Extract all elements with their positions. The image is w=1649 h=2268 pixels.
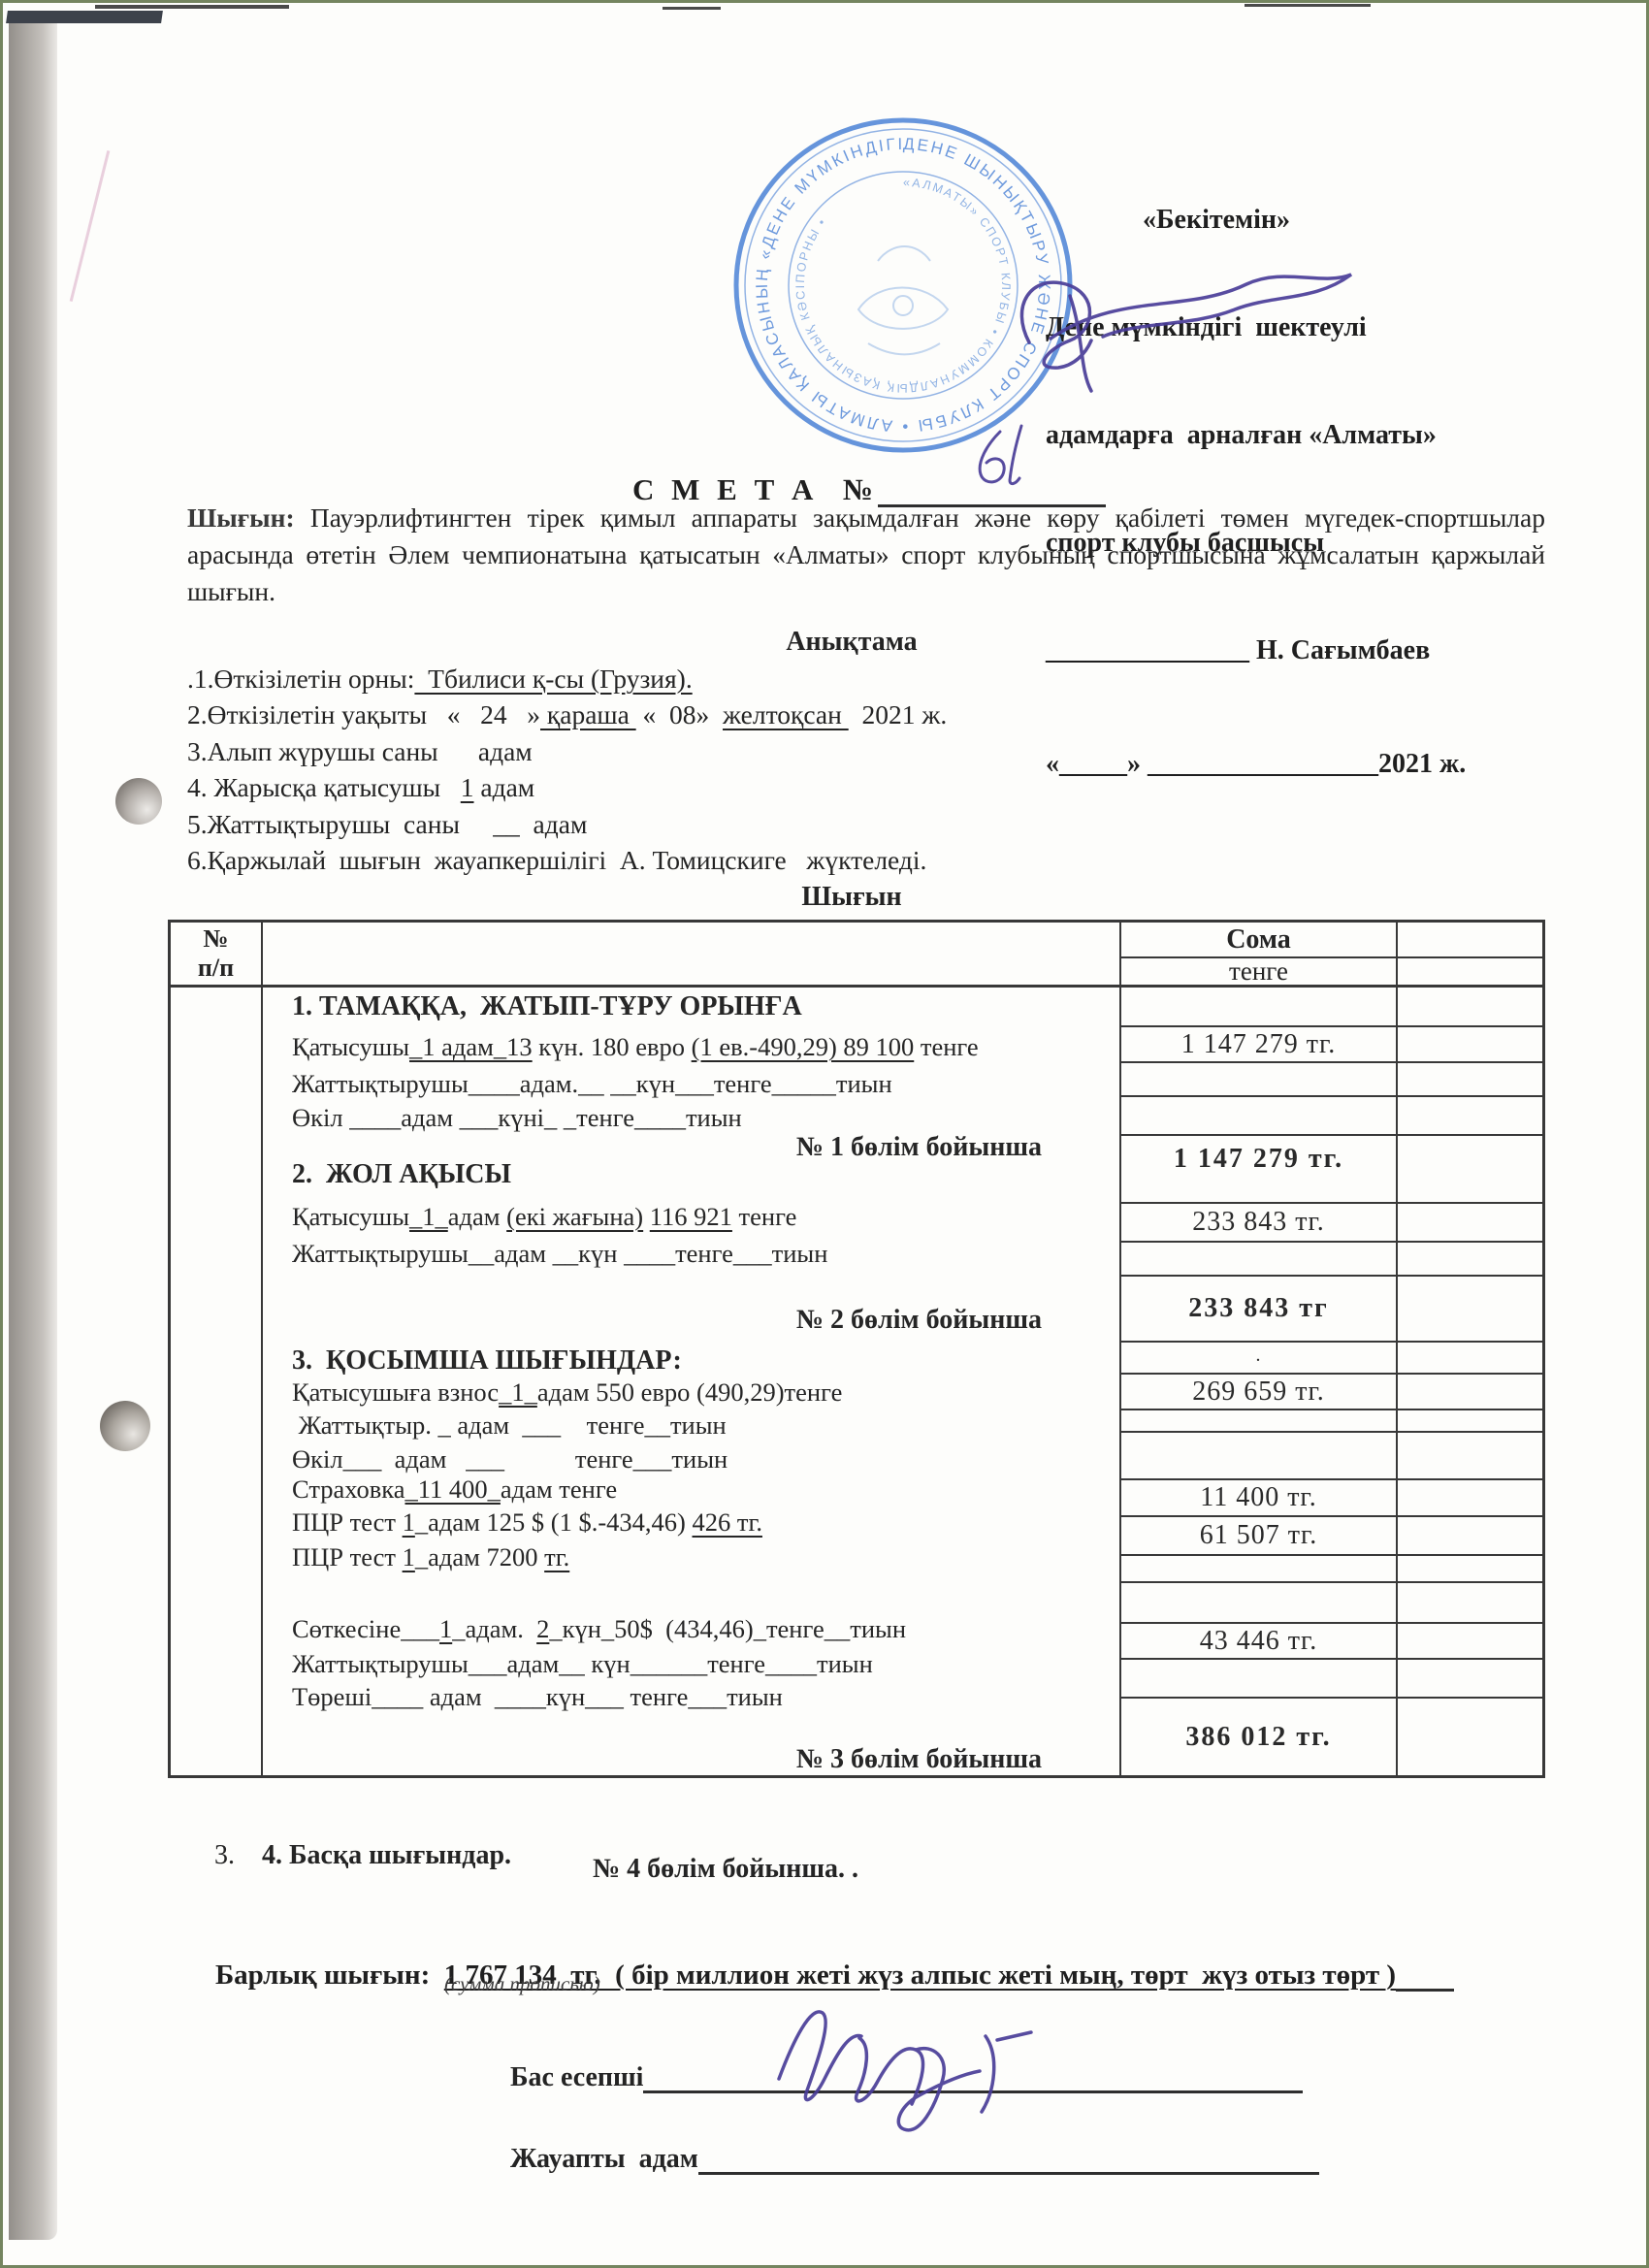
expense-description: Шығын: Пауэрлифтингтен тірек қимыл аппар… bbox=[187, 500, 1545, 610]
row-number-header-line: № bbox=[203, 924, 228, 954]
table-desc-line: Өкіл ____адам ___күні_ _тенге____тиын bbox=[292, 1103, 742, 1133]
extra-cell bbox=[1398, 1136, 1542, 1204]
amount-cell bbox=[1121, 1410, 1396, 1433]
table-section-total-label: № 1 бөлім бойынша bbox=[796, 1132, 1042, 1163]
reference-item-participants: 4. Жарысқа қатысушы 1 адам bbox=[158, 769, 1545, 806]
accountant-signature bbox=[726, 1982, 1114, 2147]
reference-heading: Анықтама bbox=[158, 624, 1545, 661]
amount-header: Сома тенге bbox=[1121, 923, 1396, 988]
table-desc-line: Жаттықтыр. _ адам ___ тенге__тиын bbox=[292, 1410, 727, 1441]
table-desc-line: Жаттықтырушы____адам.__ __күн___тенге___… bbox=[292, 1069, 892, 1099]
amount-body: 1 147 279 тг. 1 147 279 тг. 233 843 тг. … bbox=[1121, 988, 1396, 1778]
table-section-title: 3. ҚОСЫМША ШЫҒЫНДАР: bbox=[292, 1345, 682, 1377]
extra-cell bbox=[1398, 1063, 1542, 1097]
svg-text:«АЛМАТЫ» СПОРТ КЛУБЫ • КОММУНА: «АЛМАТЫ» СПОРТ КЛУБЫ • КОММУНАЛДЫҚ ҚАЗЫН… bbox=[793, 176, 1013, 395]
extra-cell bbox=[1398, 1410, 1542, 1433]
table-desc-line: ПЦР тест 1_адам 7200 тг. bbox=[292, 1542, 569, 1572]
scan-edge-shadow bbox=[9, 18, 57, 2240]
row-number-header: № п/п bbox=[171, 923, 261, 988]
extra-cell bbox=[1398, 1277, 1542, 1343]
extra-cell bbox=[1398, 1204, 1542, 1243]
table-desc-line: Төреші____ адам ____күн___ тенге___тиын bbox=[292, 1682, 783, 1712]
scan-edge-mark bbox=[95, 5, 289, 9]
extra-cell bbox=[1398, 1660, 1542, 1699]
responsible-person-signature-line bbox=[698, 2143, 1319, 2175]
expense-description-label: Шығын: bbox=[187, 502, 295, 533]
amount-cell-section-total: 386 012 тг. bbox=[1121, 1699, 1396, 1776]
amount-cell bbox=[1121, 1243, 1396, 1277]
amount-in-words-note: (сумма прописью) bbox=[444, 1972, 600, 1996]
extra-cell bbox=[1398, 1343, 1542, 1375]
extra-cell bbox=[1398, 1556, 1542, 1583]
amount-cell: 43 446 тг. bbox=[1121, 1624, 1396, 1660]
scan-edge-mark bbox=[1245, 4, 1371, 7]
section4-total-label: № 4 бөлім бойынша. . bbox=[168, 1854, 1283, 1885]
extra-header bbox=[1398, 923, 1542, 988]
extra-cell bbox=[1398, 1027, 1542, 1063]
table-desc-line: Қатысушыға взнос_1_адам 550 евро (490,29… bbox=[292, 1377, 842, 1408]
table-desc-line: Сөткесіне___1_адам. 2_күн_50$ (434,46)_т… bbox=[292, 1614, 906, 1644]
scanned-document-page: ДЕНЕ ШЫНЫҚТЫРУ ЖӘНЕ СПОРТ КЛУБЫ • АЛМАТЫ… bbox=[0, 0, 1649, 2268]
reference-item-responsible: 6.Қаржылай шығын жауапкершілігі А. Томиц… bbox=[158, 842, 1545, 879]
extra-cell bbox=[1398, 1433, 1542, 1480]
approval-line: адамдарға арналған «Алматы» bbox=[1046, 417, 1608, 453]
approval-line: «Бекітемін» bbox=[1046, 202, 1608, 238]
expenses-table: № п/п 1. ТАМАҚҚА, ЖАТЫП-ТҰРУ ОРЫНҒА Қаты… bbox=[168, 920, 1545, 1778]
amount-cell-section-total: 233 843 тг bbox=[1121, 1277, 1396, 1343]
extra-header-cell bbox=[1398, 923, 1542, 958]
amount-cell: 233 843 тг. bbox=[1121, 1204, 1396, 1243]
hole-punch bbox=[100, 1401, 150, 1451]
handwritten-estimate-number bbox=[961, 420, 1058, 496]
reference-item-escorts: 3.Алып жүрушы саны адам bbox=[158, 733, 1545, 770]
table-desc-line: Қатысушы_1_адам (екі жағына) 116 921 тен… bbox=[292, 1202, 796, 1232]
extra-cell bbox=[1398, 1480, 1542, 1517]
extra-cell bbox=[1398, 988, 1542, 1027]
amount-cell bbox=[1121, 988, 1396, 1027]
amount-cell-section-total: 1 147 279 тг. bbox=[1121, 1136, 1396, 1204]
extra-cell bbox=[1398, 1097, 1542, 1136]
grand-total-label: Барлық шығын: bbox=[215, 1960, 444, 1991]
amount-cell bbox=[1121, 1556, 1396, 1583]
column-description: 1. ТАМАҚҚА, ЖАТЫП-ТҰРУ ОРЫНҒА Қатысушы_1… bbox=[263, 923, 1121, 1775]
table-desc-line: Өкіл___ адам ___ тенге___тиын bbox=[292, 1444, 727, 1474]
description-body: 1. ТАМАҚҚА, ЖАТЫП-ТҰРУ ОРЫНҒА Қатысушы_1… bbox=[263, 988, 1119, 1778]
amount-header-sum: Сома bbox=[1121, 923, 1396, 958]
reference-section: Анықтама .1.Өткізілетін орны: Тбилиси қ-… bbox=[158, 624, 1545, 915]
amount-header-currency: тенге bbox=[1121, 958, 1396, 985]
description-header bbox=[263, 923, 1119, 988]
extra-cell bbox=[1398, 1624, 1542, 1660]
scan-streak bbox=[70, 150, 111, 302]
expense-description-text: Пауэрлифтингтен тірек қимыл аппараты зақ… bbox=[187, 502, 1545, 606]
table-desc-line: ПЦР тест 1_адам 125 $ (1 $.-434,46) 426 … bbox=[292, 1507, 762, 1538]
amount-cell bbox=[1121, 1660, 1396, 1699]
extra-cell bbox=[1398, 1583, 1542, 1624]
column-row-number: № п/п bbox=[171, 923, 263, 1775]
row-number-header-line: п/п bbox=[198, 954, 234, 983]
hole-punch bbox=[115, 778, 162, 825]
amount-cell bbox=[1121, 1063, 1396, 1097]
amount-cell bbox=[1121, 1097, 1396, 1136]
chief-accountant-label: Бас есепші bbox=[510, 2062, 643, 2092]
scan-edge-mark bbox=[6, 11, 163, 23]
extra-cell bbox=[1398, 1375, 1542, 1410]
amount-cell bbox=[1121, 1583, 1396, 1624]
amount-cell: 269 659 тг. bbox=[1121, 1375, 1396, 1410]
table-section-title: 1. ТАМАҚҚА, ЖАТЫП-ТҰРУ ОРЫНҒА bbox=[292, 991, 802, 1022]
stamp-emblem bbox=[858, 246, 948, 354]
grand-total-trailing-line bbox=[1396, 1960, 1454, 1992]
amount-cell: . bbox=[1121, 1343, 1396, 1375]
amount-cell: 61 507 тг. bbox=[1121, 1517, 1396, 1556]
extra-cell bbox=[1398, 1243, 1542, 1277]
table-desc-line: Страховка_11 400_адам тенге bbox=[292, 1474, 617, 1505]
table-desc-line: Жаттықтырушы__адам __күн ____тенге___тиы… bbox=[292, 1239, 827, 1269]
reference-item-dates: 2.Өткізілетін уақыты « 24 » қараша « 08»… bbox=[158, 697, 1545, 733]
expenses-heading: Шығын bbox=[158, 879, 1545, 916]
amount-cell bbox=[1121, 1433, 1396, 1480]
reference-item-coaches: 5.Жаттықтырушы саны __ адам bbox=[158, 806, 1545, 843]
column-amount: Сома тенге 1 147 279 тг. 1 147 279 тг. 2… bbox=[1121, 923, 1398, 1775]
responsible-person-label: Жауапты адам bbox=[510, 2144, 698, 2174]
extra-body bbox=[1398, 988, 1542, 1778]
table-desc-line: Қатысушы_1 адам_13 күн. 180 евро (1 ев.-… bbox=[292, 1032, 979, 1062]
reference-item-venue: .1.Өткізілетін орны: Тбилиси қ-сы (Грузи… bbox=[158, 661, 1545, 697]
amount-cell: 1 147 279 тг. bbox=[1121, 1027, 1396, 1063]
extra-header-cell bbox=[1398, 958, 1542, 985]
scan-edge-mark bbox=[663, 7, 721, 10]
table-desc-line: Жаттықтырушы___адам__ күн______тенге____… bbox=[292, 1649, 873, 1679]
table-section-total-label: № 2 бөлім бойынша bbox=[796, 1305, 1042, 1336]
stamp-inner-ring-text: «АЛМАТЫ» СПОРТ КЛУБЫ • КОММУНАЛДЫҚ ҚАЗЫН… bbox=[793, 176, 1013, 395]
extra-cell bbox=[1398, 1517, 1542, 1556]
table-section-title: 2. ЖОЛ АҚЫСЫ bbox=[292, 1159, 511, 1190]
director-signature bbox=[1002, 245, 1419, 401]
table-section-total-label: № 3 бөлім бойынша bbox=[796, 1744, 1042, 1775]
column-extra bbox=[1398, 923, 1542, 1775]
amount-cell: 11 400 тг. bbox=[1121, 1480, 1396, 1517]
row-number-body bbox=[171, 988, 261, 1778]
extra-cell bbox=[1398, 1699, 1542, 1776]
